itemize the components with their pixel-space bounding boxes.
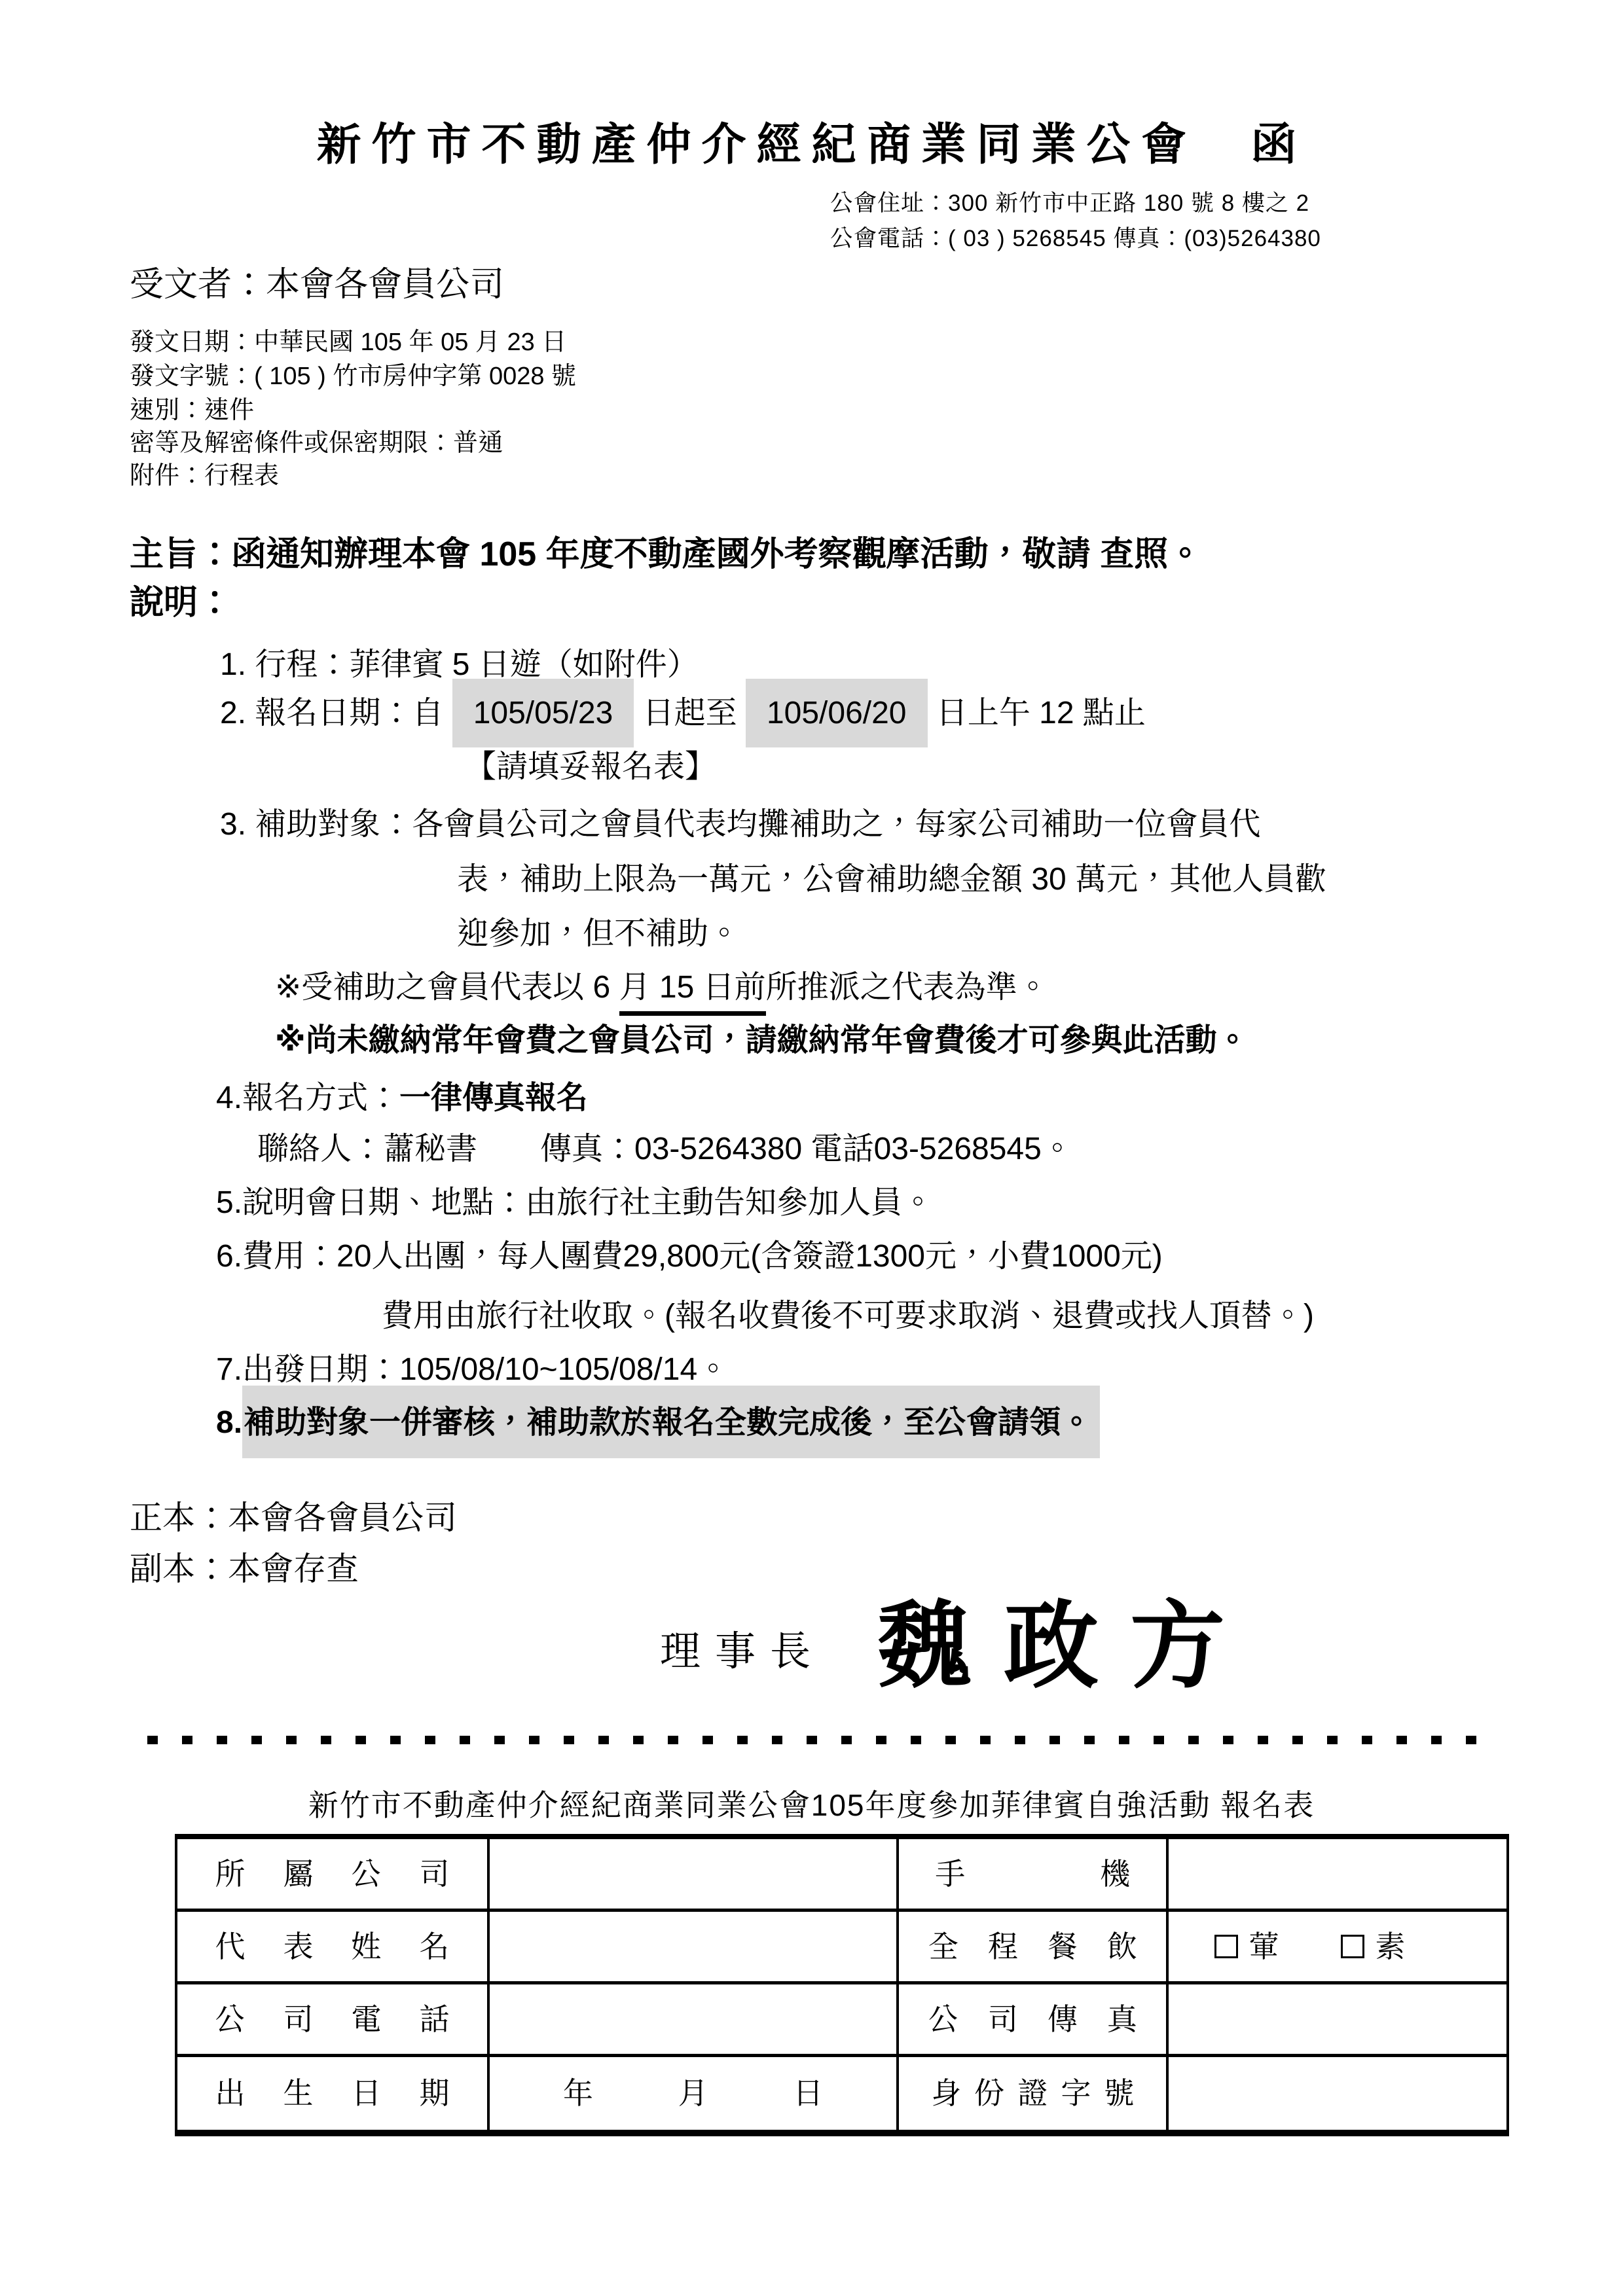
- label-mobile: 手機: [899, 1839, 1169, 1909]
- list-item-3-line1: 3. 補助對象：各會員公司之會員代表均攤補助之，每家公司補助一位會員代: [220, 806, 1260, 842]
- list-item-8-subsidy-review: 8.補助對象一併審核，補助款於報名全數完成後，至公會請領。: [216, 1405, 1100, 1441]
- signature-role-chairman: 理事長: [660, 1628, 825, 1674]
- registration-form-table: 所屬公司 手機 代表姓名 全程餐飲 葷 素 公司電話 公: [175, 1834, 1509, 2136]
- list-item-2-registration-period: 2. 報名日期：自 105/05/23 日起至 105/06/20 日上午 12…: [220, 695, 1146, 731]
- table-row-representative: 代表姓名 全程餐飲 葷 素: [177, 1912, 1506, 1984]
- label-representative-name: 代表姓名: [177, 1912, 490, 1981]
- cut-here-dashed-separator: [147, 1736, 1491, 1744]
- subject-line: 主旨：函通知辦理本會 105 年度不動產國外考察觀摩活動，敬請 查照。: [130, 535, 1202, 575]
- meal-option-meat: 葷: [1214, 1929, 1279, 1964]
- input-cell-birth-date[interactable]: 年 月 日: [490, 2057, 899, 2130]
- label-company-text: 所屬公司: [215, 1857, 488, 1892]
- priority-line: 速別：速件: [130, 397, 254, 425]
- explanation-heading: 說明：: [130, 584, 232, 623]
- original-copy-line: 正本：本會各會員公司: [130, 1499, 457, 1537]
- meal-option-meat-label: 葷: [1249, 1929, 1279, 1964]
- document-title: 新竹市不動產仲介經紀商業同業公會 函: [0, 119, 1623, 170]
- list-item-7-departure-date: 7.出發日期：105/08/10~105/08/14。: [216, 1352, 729, 1388]
- letter-page: 新竹市不動產仲介經紀商業同業公會 函 公會住址：300 新竹市中正路 180 號…: [0, 0, 1623, 2296]
- checkbox-vegetarian[interactable]: [1341, 1935, 1364, 1958]
- reference-number-line: 發文字號：( 105 ) 竹市房仲字第 0028 號: [130, 363, 576, 391]
- label-meals: 全程餐飲: [899, 1912, 1169, 1981]
- checkbox-meat[interactable]: [1214, 1935, 1238, 1958]
- duplicate-copy-line: 副本：本會存查: [130, 1551, 359, 1588]
- association-address: 公會住址：300 新竹市中正路 180 號 8 樓之 2: [830, 190, 1309, 217]
- registration-form-title: 新竹市不動產仲介經紀商業同業公會105年度參加菲律賓自強活動 報名表: [0, 1788, 1623, 1823]
- list-item-6-cost: 6.費用：20人出團，每人團費29,800元(含簽證1300元，小費1000元): [216, 1238, 1163, 1274]
- item2-prefix: 2. 報名日期：自: [220, 696, 452, 730]
- input-cell-mobile[interactable]: [1169, 1839, 1506, 1909]
- classification-line: 密等及解密條件或保密期限：普通: [130, 429, 503, 458]
- list-item-6-cost-note: 費用由旅行社收取。(報名收費後不可要求取消、退費或找人頂替。): [382, 1298, 1314, 1334]
- table-row-birthdate: 出生日期 年 月 日 身份證字號: [177, 2057, 1506, 2130]
- label-birth-date-text: 出生日期: [215, 2076, 488, 2111]
- highlight-start-date: 105/05/23: [452, 679, 634, 747]
- label-id-number-text: 身份證字號: [931, 2076, 1147, 2111]
- item2-mid: 日起至: [634, 696, 746, 730]
- list-item-1-itinerary: 1. 行程：菲律賓 5 日遊（如附件）: [220, 647, 699, 683]
- list-item-5-briefing: 5.說明會日期、地點：由旅行社主動告知參加人員。: [216, 1185, 934, 1221]
- item2-suffix: 日上午 12 點止: [928, 696, 1146, 730]
- input-cell-representative-name[interactable]: [490, 1912, 899, 1981]
- label-company-fax-text: 公司傳真: [928, 2002, 1167, 2037]
- meal-choice-cell: 葷 素: [1169, 1912, 1506, 1981]
- list-item-3-line3: 迎參加，但不補助。: [457, 916, 740, 952]
- attachment-line: 附件：行程表: [130, 462, 279, 491]
- meal-option-vegetarian-label: 素: [1375, 1929, 1405, 1964]
- note1-underlined-date: 月 15 日前: [619, 970, 766, 1016]
- item4-fax-only-bold: 一律傳真報名: [399, 1081, 588, 1115]
- label-company-phone: 公司電話: [177, 1984, 490, 2054]
- list-item-3-line2: 表，補助上限為一萬元，公會補助總金額 30 萬元，其他人員歡: [457, 861, 1326, 897]
- item8-highlighted-text: 補助對象一併審核，補助款於報名全數完成後，至公會請領。: [242, 1386, 1100, 1458]
- label-company-fax: 公司傳真: [899, 1984, 1169, 2054]
- label-representative-text: 代表姓名: [215, 1929, 488, 1964]
- meal-option-vegetarian: 素: [1341, 1929, 1405, 1964]
- contact-line: 聯絡人：蕭秘書 傳真：03-5264380 電話03-5268545。: [257, 1131, 1073, 1167]
- table-row-company: 所屬公司 手機: [177, 1839, 1506, 1912]
- label-birth-date: 出生日期: [177, 2057, 490, 2130]
- item4-prefix: 4.報名方式：: [216, 1081, 399, 1115]
- list-item-4-registration-method: 4.報名方式：一律傳真報名: [216, 1080, 588, 1116]
- label-company: 所屬公司: [177, 1839, 490, 1909]
- note1-prefix: ※受補助之會員代表以 6: [275, 970, 619, 1005]
- input-cell-company[interactable]: [490, 1839, 899, 1909]
- input-cell-id-number[interactable]: [1169, 2057, 1506, 2130]
- note-annual-fee: ※尚未繳納常年會費之會員公司，請繳納常年會費後才可參與此活動。: [275, 1022, 1249, 1058]
- label-company-phone-text: 公司電話: [215, 2002, 488, 2037]
- label-id-number: 身份證字號: [899, 2057, 1169, 2130]
- association-phone-fax: 公會電話：( 03 ) 5268545 傳真：(03)5264380: [830, 226, 1321, 252]
- note1-suffix: 所推派之代表為準。: [766, 970, 1049, 1005]
- highlight-end-date: 105/06/20: [746, 679, 928, 747]
- input-cell-company-fax[interactable]: [1169, 1984, 1506, 2054]
- input-cell-company-phone[interactable]: [490, 1984, 899, 2054]
- issue-date-line: 發文日期：中華民國 105 年 05 月 23 日: [130, 329, 566, 357]
- note-subsidy-deadline: ※受補助之會員代表以 6 月 15 日前所推派之代表為準。: [275, 969, 1049, 1005]
- label-meals-text: 全程餐飲: [928, 1929, 1167, 1964]
- recipient-line: 受文者：本會各會員公司: [130, 266, 504, 305]
- item2-note-fill-form: 【請填妥報名表】: [465, 749, 716, 785]
- item8-prefix: 8.: [216, 1405, 242, 1440]
- signature-name: 魏政方: [877, 1592, 1256, 1701]
- table-row-phone: 公司電話 公司傳真: [177, 1984, 1506, 2057]
- item2-note-text: 【請填妥報名表】: [465, 749, 716, 784]
